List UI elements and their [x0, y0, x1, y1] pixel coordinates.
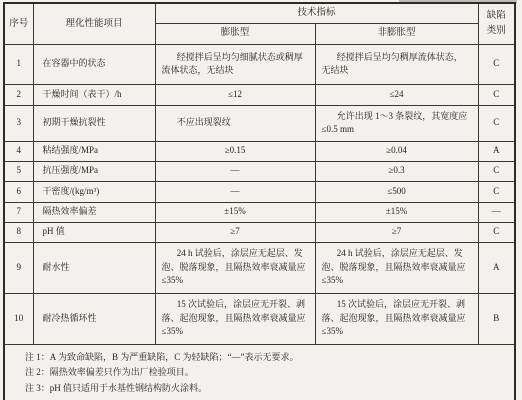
cell-expansion: 15 次试验后，涂层应无开裂、剥落、起泡现象，且隔热效率衰减量应≤35% — [155, 293, 315, 344]
performance-requirements-table: 序号 理化性能项目 技术指标 缺陷 类别 膨胀型 非膨胀型 1 在容器中的状态 … — [3, 2, 516, 400]
cell-non-expansion: ≥7 — [315, 222, 478, 242]
cell-non-expansion: ≥0.3 — [315, 161, 478, 181]
table-note-3: 注 3：pH 值只适用于水基性钢结构防火涂料。 — [25, 381, 504, 397]
header-non-expansion-type: 非膨胀型 — [315, 23, 478, 44]
row-no: 9 — [4, 242, 33, 293]
row-item: 干密度/(kg/m³) — [33, 181, 155, 202]
table-row-10: 10 耐冷热循环性 15 次试验后，涂层应无开裂、剥落、起泡现象，且隔热效率衰减… — [4, 293, 515, 344]
row-item: 干燥时间（表干）/h — [33, 84, 155, 105]
table-row-6: 6 干密度/(kg/m³) — ≤500 C — [4, 181, 515, 202]
cell-expansion: ≥0.15 — [155, 141, 315, 161]
row-no: 1 — [4, 44, 33, 84]
cell-defect: C — [478, 84, 515, 105]
cell-defect: A — [478, 242, 515, 293]
row-item: 粘结强度/MPa — [33, 141, 155, 161]
cell-non-expansion: 24 h 试验后，涂层应无起层、发泡、脱落现象，且隔热效率衰减量应≤35% — [315, 242, 478, 293]
header-defect-class: 缺陷 类别 — [478, 3, 515, 44]
row-no: 10 — [4, 293, 33, 344]
scanned-document-page: { "page": { "paper_color": "#f2f1ee", "l… — [0, 0, 522, 400]
table-note-2: 注 2：隔热效率偏差只作为出厂检验项目。 — [25, 365, 504, 381]
header-no: 序号 — [4, 3, 33, 44]
row-no: 7 — [4, 202, 33, 222]
table-row-7: 7 隔热效率偏差 ±15% ±15% — — [4, 202, 515, 222]
cell-expansion: — — [155, 181, 315, 202]
row-item: 初期干燥抗裂性 — [33, 105, 155, 141]
row-no: 2 — [4, 84, 33, 105]
row-no: 8 — [4, 222, 33, 242]
table-row-3: 3 初期干燥抗裂性 不应出现裂纹 允许出现 1～3 条裂纹，其宽度应≤0.5 m… — [4, 105, 515, 141]
cell-defect: — — [478, 202, 515, 222]
cell-expansion: 不应出现裂纹 — [155, 105, 315, 141]
row-no: 3 — [4, 105, 33, 141]
table-row-2: 2 干燥时间（表干）/h ≤12 ≤24 C — [4, 84, 515, 105]
table-note-1: 注 1：A 为致命缺陷，B 为严重缺陷，C 为轻缺陷；“—”表示无要求。 — [25, 350, 504, 366]
header-item: 理化性能项目 — [33, 3, 155, 44]
cell-non-expansion: 15 次试验后，涂层应无开裂、剥落、起泡现象，且隔热效率衰减量应≤35% — [315, 293, 478, 344]
cell-non-expansion: ≥0.04 — [315, 141, 478, 161]
cell-non-expansion: 经搅拌后呈均匀稠厚流体状态，无结块 — [315, 44, 478, 84]
table-row-8: 8 pH 值 ≥7 ≥7 C — [4, 222, 515, 242]
cell-expansion: — — [155, 161, 315, 181]
cell-expansion: 经搅拌后呈均匀细腻状态或稠厚流体状态，无结块 — [155, 44, 315, 84]
cell-non-expansion: ±15% — [315, 202, 478, 222]
row-item: 抗压强度/MPa — [33, 161, 155, 181]
row-no: 6 — [4, 181, 33, 202]
header-tech-indicators: 技术指标 — [155, 3, 478, 23]
cell-expansion: ±15% — [155, 202, 315, 222]
cell-non-expansion: 允许出现 1～3 条裂纹，其宽度应≤0.5 mm — [315, 105, 478, 141]
cell-non-expansion: ≤500 — [315, 181, 478, 202]
row-item: 在容器中的状态 — [33, 44, 155, 84]
cell-defect: C — [478, 161, 515, 181]
cell-expansion: 24 h 试验后，涂层应无起层、发泡、脱落现象，且隔热效率衰减量应≤35% — [155, 242, 315, 293]
table-row-5: 5 抗压强度/MPa — ≥0.3 C — [4, 161, 515, 181]
cell-expansion: ≥7 — [155, 222, 315, 242]
cell-defect: A — [478, 141, 515, 161]
cell-defect: C — [478, 105, 515, 141]
row-item: 耐水性 — [33, 242, 155, 293]
table-row-1: 1 在容器中的状态 经搅拌后呈均匀细腻状态或稠厚流体状态，无结块 经搅拌后呈均匀… — [4, 44, 515, 84]
header-row-1: 序号 理化性能项目 技术指标 缺陷 类别 — [4, 3, 515, 23]
row-item: 隔热效率偏差 — [33, 202, 155, 222]
cell-defect: C — [478, 222, 515, 242]
notes-row: 注 1：A 为致命缺陷，B 为严重缺陷，C 为轻缺陷；“—”表示无要求。 注 2… — [4, 344, 515, 400]
row-no: 5 — [4, 161, 33, 181]
table-row-9: 9 耐水性 24 h 试验后，涂层应无起层、发泡、脱落现象，且隔热效率衰减量应≤… — [4, 242, 515, 293]
row-item: 耐冷热循环性 — [33, 293, 155, 344]
cell-defect: C — [478, 181, 515, 202]
table-notes: 注 1：A 为致命缺陷，B 为严重缺陷，C 为轻缺陷；“—”表示无要求。 注 2… — [4, 344, 515, 400]
table-row-4: 4 粘结强度/MPa ≥0.15 ≥0.04 A — [4, 141, 515, 161]
cell-defect: B — [478, 293, 515, 344]
cell-non-expansion: ≤24 — [315, 84, 478, 105]
header-expansion-type: 膨胀型 — [155, 23, 315, 44]
row-no: 4 — [4, 141, 33, 161]
cell-expansion: ≤12 — [155, 84, 315, 105]
row-item: pH 值 — [33, 222, 155, 242]
cell-defect: C — [478, 44, 515, 84]
